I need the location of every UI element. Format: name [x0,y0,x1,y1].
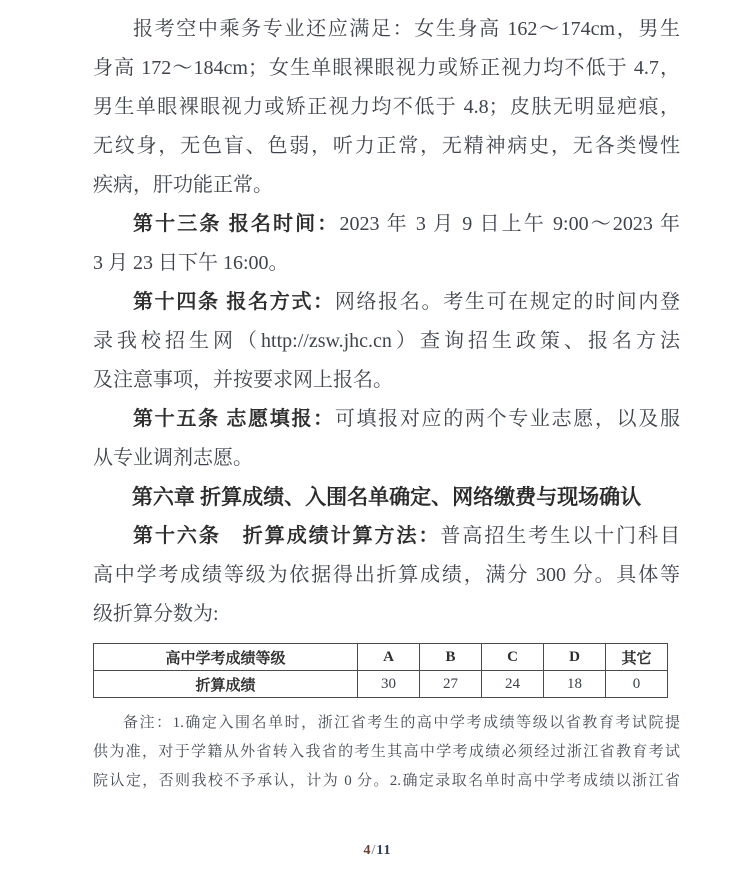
page-number: 4/11 [0,843,755,859]
article-15-label: 第十五条 志愿填报： [133,408,335,430]
score-conversion-table: 高中学考成绩等级 A B C D 其它 折算成绩 30 27 24 18 0 [93,643,668,698]
text-line: 疾病，肝功能正常。 [93,166,680,205]
article-14-label: 第十四条 报名方式： [133,291,335,313]
text-line: 级折算分数为: [93,595,680,634]
article-15-line: 第十五条 志愿填报：可填报对应的两个专业志愿，以及服 [93,400,680,439]
note-line: 备注：1.确定入围名单时，浙江省考生的高中学考成绩等级以省教育考试院提 [93,709,680,738]
table-cell: 24 [482,671,544,698]
table-header-cell: C [482,644,544,671]
table-header-row: 高中学考成绩等级 A B C D 其它 [94,644,668,671]
article-16-text: 普高招生考生以十门科目 [440,525,680,547]
table-cell: 折算成绩 [94,671,358,698]
table-header-cell: B [420,644,482,671]
article-16-label: 第十六条 折算成绩计算方法： [133,525,440,547]
article-13-text: 2023 年 3 月 9 日上午 9:00～2023 年 [339,213,680,235]
chapter-6-heading: 第六章 折算成绩、入围名单确定、网络缴费与现场确认 [93,478,680,517]
table-header-cell: 高中学考成绩等级 [94,644,358,671]
table-row: 折算成绩 30 27 24 18 0 [94,671,668,698]
article-14-line: 第十四条 报名方式：网络报名。考生可在规定的时间内登 [93,283,680,322]
text-line: 录我校招生网（http://zsw.jhc.cn）查询招生政策、报名方法 [93,322,680,361]
text-line: 身高 172～184cm；女生单眼裸眼视力或矫正视力均不低于 4.7， [93,49,680,88]
article-14-text: 网络报名。考生可在规定的时间内登 [335,291,680,313]
page-number-total: 11 [376,843,391,858]
article-15-text: 可填报对应的两个专业志愿，以及服 [335,408,680,430]
text-line: 及注意事项，并按要求网上报名。 [93,361,680,400]
text-line: 从专业调剂志愿。 [93,439,680,478]
table-header-cell: A [358,644,420,671]
table-cell: 18 [544,671,606,698]
table-header-cell: D [544,644,606,671]
table-cell: 30 [358,671,420,698]
text-line: 高中学考成绩等级为依据得出折算成绩，满分 300 分。具体等 [93,556,680,595]
text-line: 无纹身，无色盲、色弱，听力正常，无精神病史，无各类慢性 [93,127,680,166]
document-page: 报考空中乘务专业还应满足：女生身高 162～174cm，男生 身高 172～18… [93,10,680,796]
text-line: 3 月 23 日下午 16:00。 [93,244,680,283]
notes-block: 备注：1.确定入围名单时，浙江省考生的高中学考成绩等级以省教育考试院提 供为准，… [93,709,680,796]
table-header-cell: 其它 [605,644,667,671]
text-line: 报考空中乘务专业还应满足：女生身高 162～174cm，男生 [93,10,680,49]
note-line: 供为准，对于学籍从外省转入我省的考生其高中学考成绩必须经过浙江省教育考试 [93,738,680,767]
article-16-line: 第十六条 折算成绩计算方法：普高招生考生以十门科目 [93,517,680,556]
article-13-label: 第十三条 报名时间： [133,213,339,235]
text-line: 男生单眼裸眼视力或矫正视力均不低于 4.8；皮肤无明显疤痕， [93,88,680,127]
table-cell: 27 [420,671,482,698]
article-13-line: 第十三条 报名时间：2023 年 3 月 9 日上午 9:00～2023 年 [93,205,680,244]
table-cell: 0 [605,671,667,698]
note-line: 院认定，否则我校不予承认，计为 0 分。2.确定录取名单时高中学考成绩以浙江省 [93,767,680,796]
